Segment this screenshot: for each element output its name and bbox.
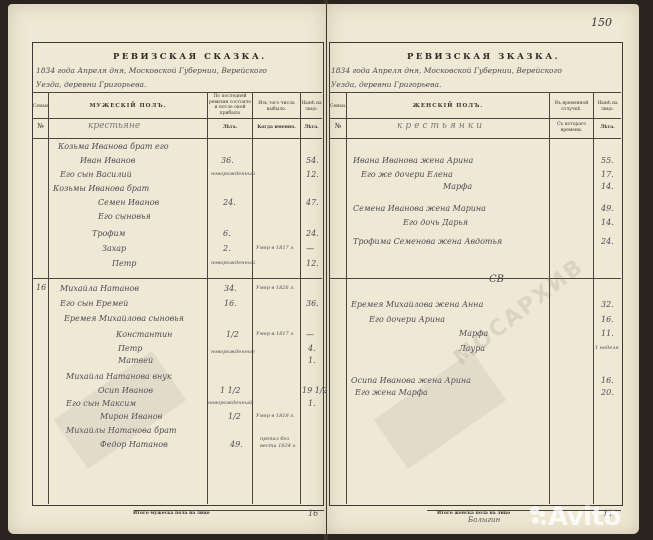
avito-logo-text: Avito [548, 502, 621, 532]
row-age: новорожденный [208, 400, 252, 406]
col-family-header: Семьи. [33, 104, 48, 110]
row-now: 55. [601, 156, 614, 165]
row-age: 1/2 [228, 412, 241, 421]
signature: Болыгин [468, 516, 500, 524]
page-number: 150 [591, 16, 612, 29]
divider [32, 278, 322, 279]
row-now: 1. [308, 356, 316, 365]
col-departed-header: Изъ того числа выбыло. [253, 101, 300, 112]
column-divider [48, 92, 49, 504]
col-years: Лѣта. [594, 125, 621, 131]
row-name: Марфа [443, 182, 472, 191]
category-label: крестьянки [397, 121, 485, 131]
column-divider [207, 92, 208, 504]
row-when: Умер в 1817 г. [256, 245, 294, 251]
row-name: Трофим [92, 229, 125, 238]
row-name: Его сыновья [98, 212, 151, 221]
row-age: 36. [221, 156, 234, 165]
right-header-line-1: 1834 года Апреля дня, Московской Губерни… [331, 66, 562, 75]
row-name: Петр [112, 259, 136, 268]
column-divider [252, 92, 253, 504]
divider [329, 92, 621, 93]
row-name: Семен Иванов [98, 198, 159, 207]
row-name: Его дочери Арина [369, 315, 445, 324]
row-now: 12. [306, 259, 319, 268]
row-name: Козьма Иванова брат его [58, 142, 169, 151]
row-now: 16. [601, 376, 614, 385]
category-label: крестьяне [88, 121, 140, 131]
row-age: новорожденный [211, 171, 255, 177]
row-now: 1. [308, 399, 316, 408]
col-male-header: МУЖЕСКІЙ ПОЛЪ. [49, 104, 207, 110]
row-name: Семена Иванова жена Марина [353, 204, 486, 213]
row-now: 11. [601, 329, 614, 338]
row-name: Его сын Василий [60, 170, 132, 179]
divider [32, 138, 322, 139]
col-temporary-header: Въ временной отлучкѣ. [550, 101, 593, 112]
row-now: 1 неделя [595, 345, 619, 351]
left-page-title: РЕВИЗСКАЯ СКАЗКА. [113, 52, 267, 62]
row-when: Умер в 1817 г. [256, 331, 294, 337]
row-now: — [306, 244, 314, 253]
row-age: 24. [223, 198, 236, 207]
divider [32, 92, 322, 93]
row-now: 14. [601, 182, 614, 191]
col-num: № [330, 124, 346, 130]
column-divider [346, 92, 347, 504]
col-last-revision-header: По последней ревизии состояло и после он… [208, 94, 252, 116]
divider [32, 118, 322, 119]
row-name: Его дочь Дарья [403, 218, 468, 227]
divider [329, 138, 621, 139]
row-now: 19 1/2 [302, 386, 328, 395]
row-now: 54. [306, 156, 319, 165]
row-name: Трофима Семенова жена Авдотья [353, 237, 502, 246]
row-now: — [306, 330, 314, 339]
left-header-line-1: 1834 года Апреля дня, Московской Губерни… [36, 66, 267, 75]
row-name: Иван Иванов [80, 156, 135, 165]
col-now-header: Нынѣ на лицо. [301, 101, 322, 112]
row-age: новорожденные [211, 349, 255, 355]
row-when: Умер в 1818 г. [256, 413, 294, 419]
row-age: новорожденный [211, 260, 255, 266]
col-female-header: ЖЕНСКІЙ ПОЛЪ. [347, 104, 549, 110]
row-name: Козьмы Иванова брат [53, 184, 149, 193]
row-now: 14. [601, 218, 614, 227]
male-total-value: 16 [308, 509, 318, 518]
row-name: Ивана Иванова жена Арина [353, 156, 473, 165]
row-age: 1 1/2 [220, 386, 241, 395]
right-page-title: РЕВИЗСКАЯ ЗКАЗКА. [407, 52, 560, 62]
row-now: 36. [306, 299, 319, 308]
row-age: 16. [224, 299, 237, 308]
row-age: 34. [224, 284, 237, 293]
row-age: 49. [230, 440, 243, 449]
col-now-header: Нынѣ на лицо. [594, 101, 621, 112]
row-now: 4. [308, 344, 316, 353]
col-years2: Лѣта. [301, 125, 322, 131]
row-name: Константин [116, 330, 172, 339]
male-total-label: Итого мужеска пола на лицо [133, 511, 210, 516]
left-page: РЕВИЗСКАЯ СКАЗКА. 1834 года Апреля дня, … [8, 4, 326, 534]
column-divider [300, 92, 301, 504]
divider [329, 118, 621, 119]
row-age: 1/2 [226, 330, 239, 339]
row-name: Захар [102, 244, 126, 253]
row-now: 32. [601, 300, 614, 309]
row-name: Его сын Еремей [60, 299, 128, 308]
row-now: 49. [601, 204, 614, 213]
row-now: 24. [306, 229, 319, 238]
row-now: 17. [601, 170, 614, 179]
family-number: 16 [36, 283, 46, 292]
row-name: Еремея Михайлова жена Анна [351, 300, 483, 309]
right-page: 150 РЕВИЗСКАЯ ЗКАЗКА. 1834 года Апреля д… [327, 4, 639, 534]
col-family-header: Семьи. [330, 104, 346, 110]
row-now: 47. [306, 198, 319, 207]
column-divider [593, 92, 594, 504]
col-when: Когда именно. [253, 125, 300, 131]
row-when: Умер в 1826 г. [256, 285, 294, 291]
left-header-line-2: Уезда, деревни Григорьева. [36, 80, 146, 89]
row-now: 24. [601, 237, 614, 246]
col-years: Лѣта. [208, 125, 252, 131]
row-when: пропал без вести 1824 г. [260, 436, 300, 450]
section-mark: СВ [489, 274, 504, 285]
col-since: Съ котораго времени. [550, 122, 593, 133]
row-now: 16. [601, 315, 614, 324]
row-name: Михайла Натанов [60, 284, 139, 293]
row-now: 12. [306, 170, 319, 179]
row-name: Его же дочери Елена [361, 170, 453, 179]
row-name: Еремея Михайлова сыновья [64, 314, 184, 323]
row-age: 6. [223, 229, 231, 238]
right-header-line-2: Уезда, деревни Григорьева. [331, 80, 441, 89]
row-now: 20. [601, 388, 614, 397]
row-name: Петр [118, 344, 142, 353]
row-age: 2. [223, 244, 231, 253]
col-num: № [33, 124, 48, 130]
